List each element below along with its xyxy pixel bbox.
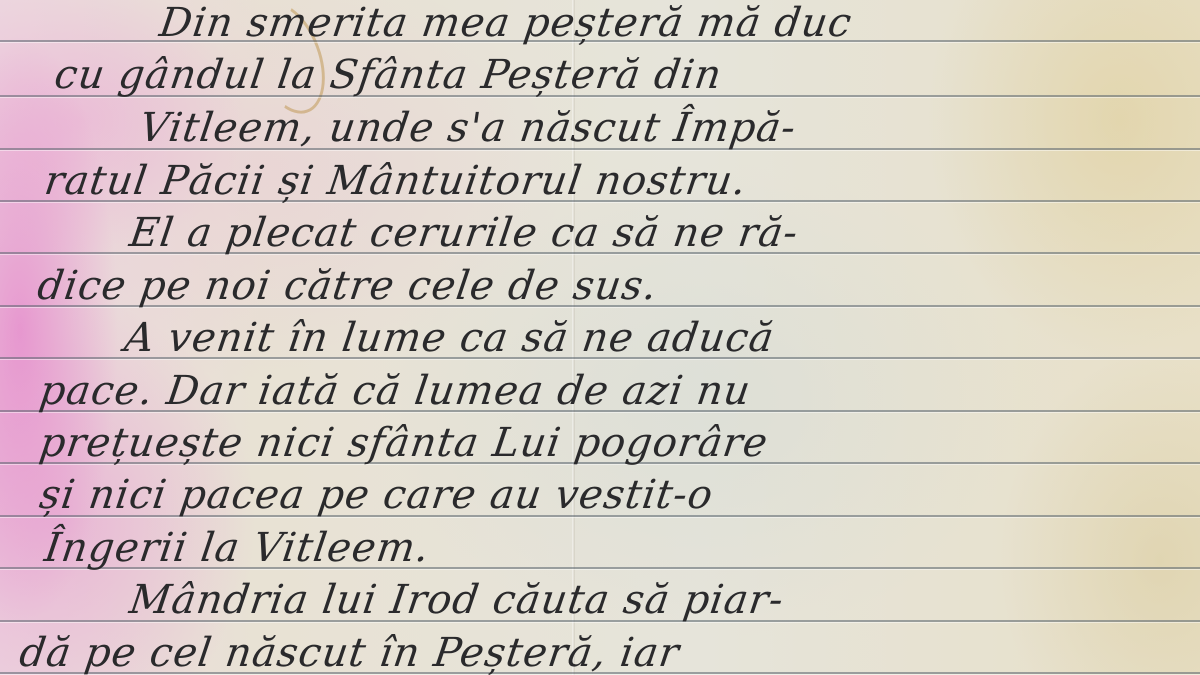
text-line-3: Vitleem, unde s'a născut Împă- [137, 105, 799, 151]
text-line-7: A venit în lume ca să ne aducă [122, 315, 777, 361]
text-line-2: cu gândul la Sfânta Peșteră din [52, 52, 725, 98]
text-line-5: El a plecat cerurile ca să ne ră- [127, 210, 802, 256]
text-line-11: Îngerii la Vitleem. [42, 525, 433, 571]
text-line-12: Mândria lui Irod căuta să piar- [127, 577, 787, 623]
text-line-1: Din smerita mea peșteră mă duc [157, 0, 855, 46]
text-line-8: pace. Dar iată că lumea de azi nu [37, 368, 754, 414]
text-line-10: și nici pacea pe care au vestit-o [37, 472, 716, 518]
text-line-13: dă pe cel născut în Peșteră, iar [17, 630, 683, 675]
text-line-9: prețuește nici sfânta Lui pogorâre [37, 420, 771, 466]
text-line-4: ratul Păcii și Mântuitorul nostru. [42, 158, 750, 204]
text-line-6: dice pe noi către cele de sus. [35, 263, 661, 309]
